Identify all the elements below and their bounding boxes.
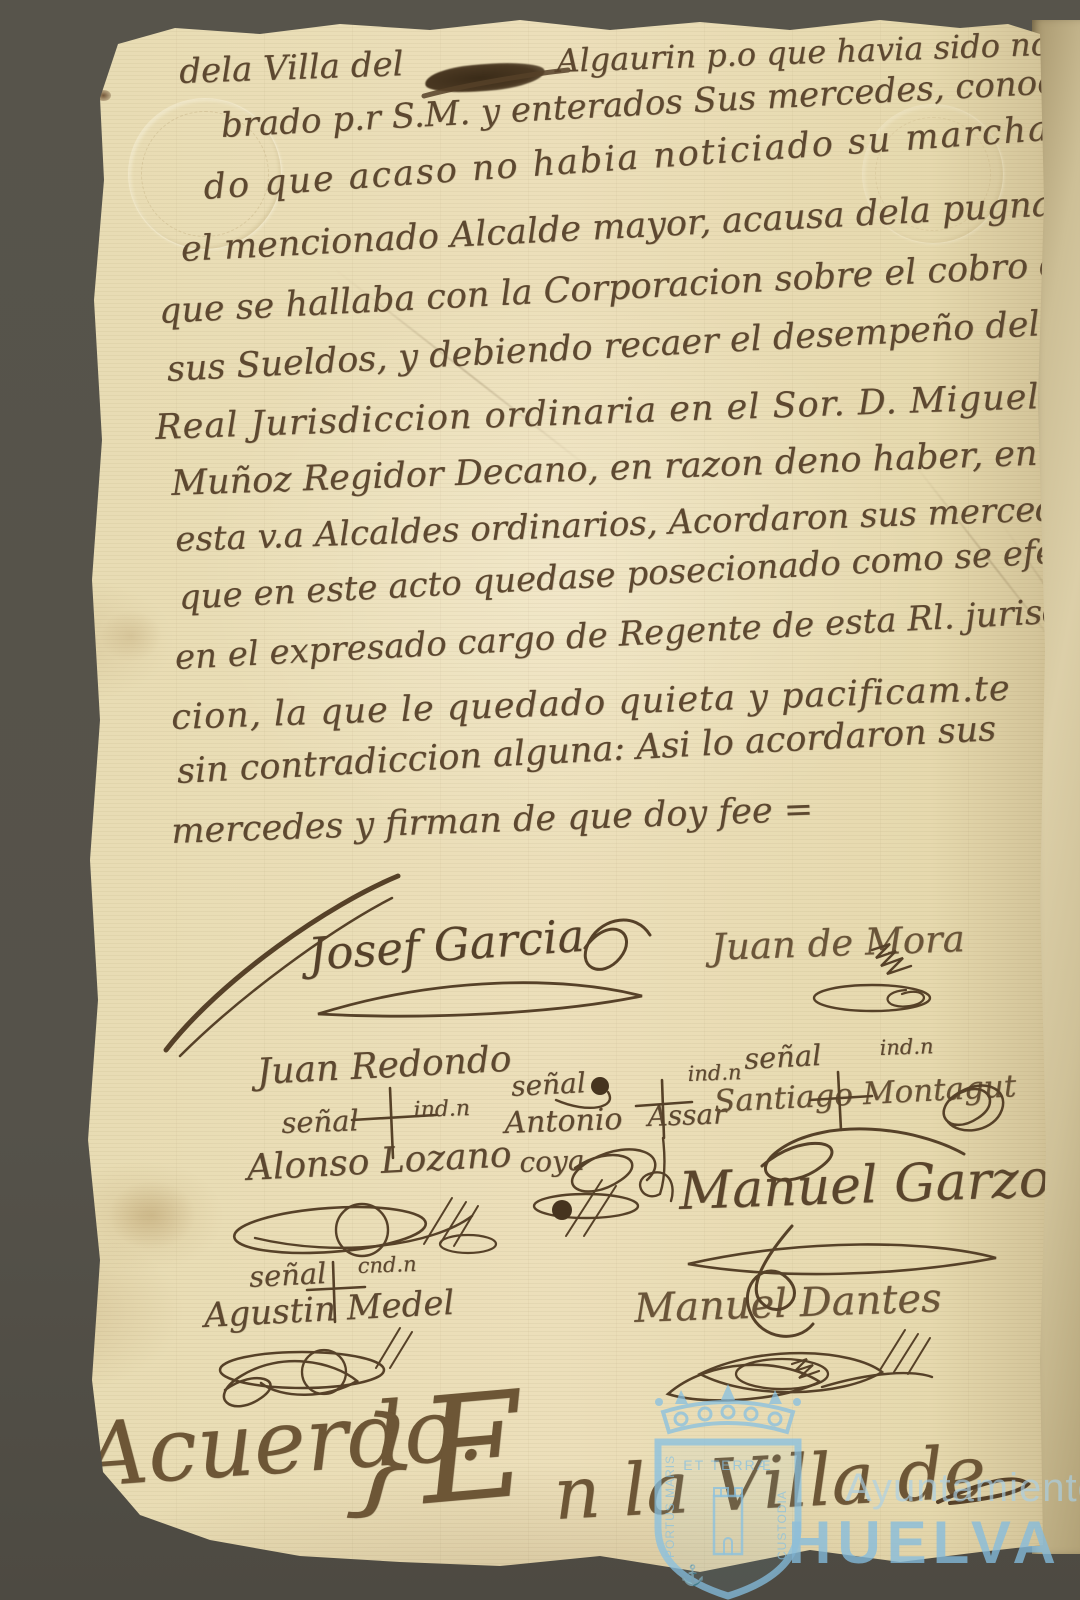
age-spot (108, 1180, 196, 1250)
senal-label: señal (743, 1038, 822, 1076)
senal-suffix: cnd.n (357, 1252, 417, 1278)
signature-juan-de-mora: Juan de Mora (710, 917, 965, 969)
senal-suffix: ind.n (879, 1034, 934, 1060)
senal-label: señal (248, 1256, 327, 1294)
age-spot (100, 610, 162, 662)
ink-stain (96, 90, 111, 101)
senal-label: señal (510, 1066, 586, 1103)
closing-initial: E (413, 1359, 534, 1538)
archive-photo: { "meta": { "kind": "scanned handwritten… (0, 0, 1080, 1600)
ink-stain (69, 51, 109, 84)
acuerdo-brace: } (342, 1388, 427, 1531)
manuscript-line: dela Villa del (179, 44, 405, 92)
signature-antonio-first: Antonio (504, 1102, 623, 1141)
senal-suffix: ind.n (413, 1096, 470, 1123)
signature-antonio-last: coya (519, 1144, 585, 1179)
manuscript-page: dela Villa del Algaurin p.o que havia si… (0, 0, 1080, 1600)
senal-label: señal (281, 1103, 359, 1140)
